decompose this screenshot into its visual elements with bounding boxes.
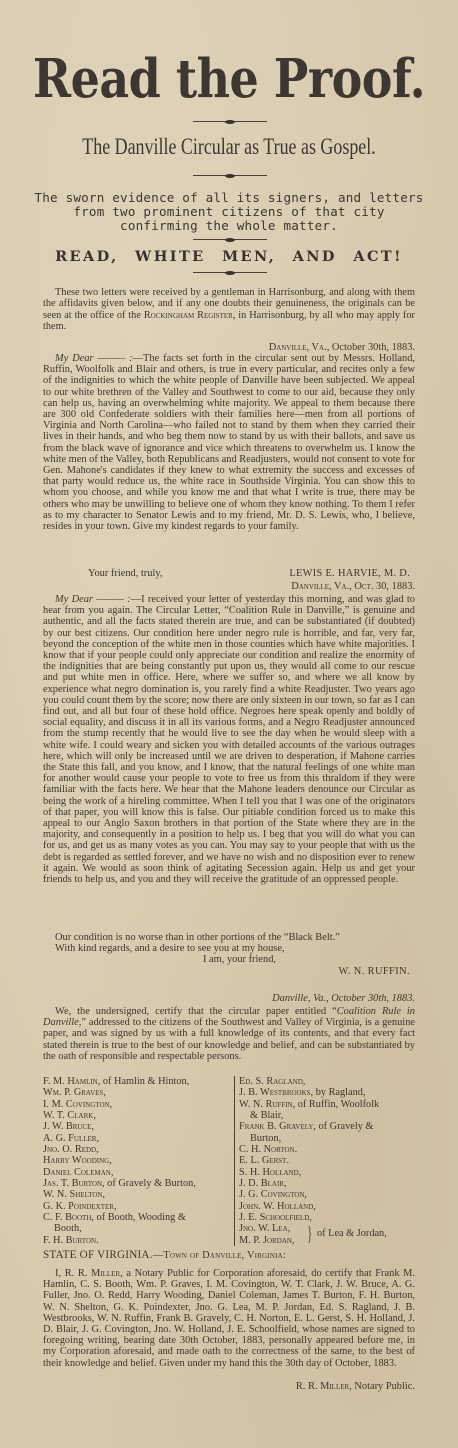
- signers-right-column: Ed. S. Ragland, J. B. Westbrooks, by Rag…: [234, 1076, 419, 1246]
- letter2-body: My Dear ——— :—I received your letter of …: [43, 594, 415, 885]
- ornamental-rule: [193, 121, 267, 122]
- broadside-page: Read the Proof. The Danville Circular as…: [0, 0, 458, 1448]
- certificate-text-end: ” addressed to the citizens of the South…: [43, 1017, 415, 1062]
- letter2-dateline: Danville, Va., Oct. 30, 1883.: [43, 581, 420, 592]
- newspaper-name: Rockingham Register: [144, 310, 233, 321]
- headline-title: Read the Proof.: [0, 52, 458, 105]
- notary-text: , a Notary Public for Corporation afores…: [43, 1268, 415, 1369]
- letter-closing: Your friend, truly,: [43, 568, 162, 579]
- signer: J. D. Blair,: [239, 1178, 419, 1189]
- signer: A. G. Fuller,: [43, 1133, 229, 1144]
- signer: J. W. Bruce,: [43, 1121, 229, 1132]
- notary-signature: R. R. Miller, Notary Public.: [43, 1381, 420, 1392]
- signer: I. M. Covington,: [43, 1099, 229, 1110]
- signer: Jno. O. Redd,: [43, 1144, 229, 1155]
- sworn-evidence-deck: The sworn evidence of all its signers, a…: [0, 191, 458, 233]
- signer: E. L. Gerst.: [239, 1155, 419, 1166]
- letter-text: —The facts set forth in the circular sen…: [43, 353, 415, 532]
- signer: John. W. Holland,: [239, 1201, 419, 1212]
- signer: F. H. Burton.: [43, 1235, 229, 1246]
- signer: C. F. Booth, of Booth, Wooding &: [43, 1212, 229, 1223]
- signer: J. G. Covington,: [239, 1189, 419, 1200]
- signer: S. H. Holland,: [239, 1167, 419, 1178]
- signature: W. N. RUFFIN.: [43, 966, 415, 977]
- brace-icon: }: [307, 1223, 312, 1245]
- signer: Ed. S. Ragland,: [239, 1076, 419, 1087]
- certificate-text: We, the undersigned, certify that the ci…: [55, 1006, 337, 1017]
- signer: F. M. Hamlin, of Hamlin & Hinton,: [43, 1076, 229, 1087]
- letter-text: —I received your letter of yesterday thi…: [43, 594, 415, 885]
- signer: J. B. Westbrooks, by Ragland,: [239, 1087, 419, 1098]
- notary-name: R. R. Miller: [65, 1268, 120, 1279]
- postscript: Our condition is no worse than in other …: [43, 932, 415, 943]
- firm-label: of Lea & Jordan,: [317, 1228, 387, 1239]
- notary-heading: STATE OF VIRGINIA.—Town of Danville, Vir…: [43, 1250, 415, 1261]
- signer: W. N. Shelton,: [43, 1189, 229, 1200]
- signer: G. K. Poindexter,: [43, 1201, 229, 1212]
- signer-continuation: & Blair,: [239, 1110, 419, 1121]
- subtitle: The Danville Circular as True as Gospel.: [50, 134, 407, 160]
- deck-line: confirming the whole matter.: [0, 219, 458, 233]
- town-heading: —Town of Danville, Virginia:: [153, 1250, 286, 1261]
- dateline-place: Danville, Va., Oct.: [291, 581, 373, 592]
- signer: J. E. Schoolfield,: [239, 1212, 419, 1223]
- signer-continuation: Booth,: [43, 1223, 229, 1234]
- signer: Daniel Coleman,: [43, 1167, 229, 1178]
- dateline-place: Danville, Va.: [269, 342, 327, 353]
- signer-continuation: Burton,: [239, 1133, 419, 1144]
- signer: Wm. P. Graves,: [43, 1087, 229, 1098]
- letter1-signature-line: Your friend, truly, LEWIS E. HARVIE, M. …: [43, 568, 415, 579]
- letter2-closing: Our condition is no worse than in other …: [43, 932, 415, 977]
- regards: With kind regards, and a desire to see y…: [43, 943, 415, 954]
- signature: LEWIS E. HARVIE, M. D.: [289, 568, 415, 579]
- ornamental-rule: [193, 175, 267, 176]
- dateline-date: 30, 1883.: [373, 581, 415, 592]
- letter1-dateline: Danville, Va., October 30th, 1883.: [43, 342, 420, 353]
- call-to-action-heading: READ, WHITE MEN, AND ACT!: [0, 248, 458, 264]
- signer: Harry Wooding,: [43, 1155, 229, 1166]
- deck-line: The sworn evidence of all its signers, a…: [0, 191, 458, 205]
- ornamental-rule: [193, 272, 267, 273]
- letter-closing: I am, your friend,: [43, 954, 415, 965]
- signer: Frank B. Gravely, of Gravely &: [239, 1121, 419, 1132]
- state-heading: STATE OF VIRGINIA.: [43, 1249, 153, 1261]
- certificate-dateline: Danville, Va., October 30th, 1883.: [43, 993, 420, 1004]
- signer: Jas. T. Burton, of Gravely & Burton,: [43, 1178, 229, 1189]
- signer: W. T. Clark,: [43, 1110, 229, 1121]
- ornamental-rule: [193, 239, 267, 240]
- signer: C. H. Norton.: [239, 1144, 419, 1155]
- intro-paragraph: These two letters were received by a gen…: [43, 287, 415, 332]
- signer: W. N. Ruffin, of Ruffin, Woolfolk: [239, 1099, 419, 1110]
- lea-jordan-group: Jno. W. Lea, M. P. Jordan, } of Lea & Jo…: [239, 1223, 419, 1246]
- letter1-body: My Dear ——— :—The facts set forth in the…: [43, 353, 415, 532]
- notary-paragraph: I, R. R. Miller, a Notary Public for Cor…: [43, 1268, 415, 1369]
- certificate-paragraph: We, the undersigned, certify that the ci…: [43, 1006, 415, 1062]
- salutation: My Dear ——— :: [55, 594, 131, 605]
- dateline-date: , October 30th, 1883.: [327, 342, 415, 353]
- deck-line: from two prominent citizens of that city: [0, 205, 458, 219]
- salutation: My Dear ——— :: [55, 353, 133, 364]
- signers-left-column: F. M. Hamlin, of Hamlin & Hinton, Wm. P.…: [43, 1076, 229, 1246]
